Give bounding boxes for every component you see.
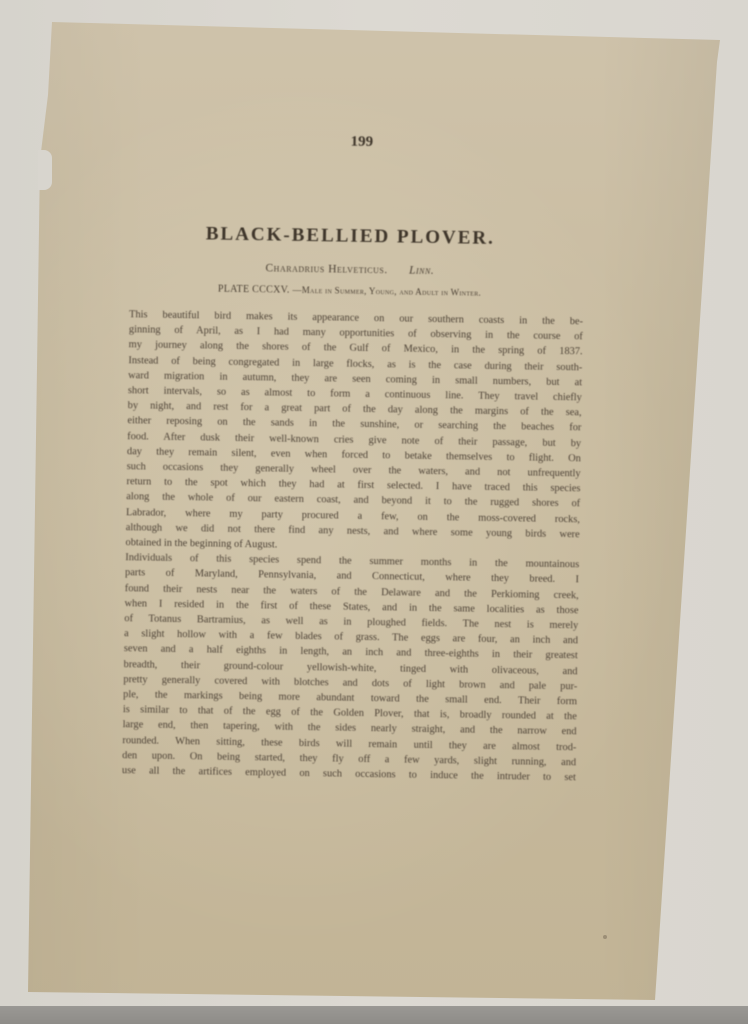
- taxonomic-author: Linn.: [409, 265, 434, 277]
- page-number: 199: [137, 130, 586, 177]
- torn-edge: [38, 150, 52, 190]
- latin-name-line: Charadrius Helveticus. Linn.: [116, 260, 584, 279]
- plate-label: PLATE CCCXV.: [218, 284, 290, 296]
- body-text: This beautiful bird makes its appearance…: [108, 307, 583, 786]
- latin-name: Charadrius Helveticus.: [265, 262, 387, 276]
- foxing-spot: [603, 935, 607, 939]
- table-surface: [0, 1006, 748, 1024]
- plate-description: —Male in Summer, Young, and Adult in Win…: [292, 285, 481, 298]
- paragraph-1: This beautiful bird makes its appearance…: [111, 307, 583, 558]
- plate-caption: PLATE CCCXV. —Male in Summer, Young, and…: [115, 282, 583, 300]
- page-title: BLACK-BELLIED PLOVER.: [116, 222, 584, 251]
- paragraph-2: Individuals of this species spend the su…: [108, 550, 580, 785]
- page-content: 199 BLACK-BELLIED PLOVER. Charadrius Hel…: [108, 130, 586, 786]
